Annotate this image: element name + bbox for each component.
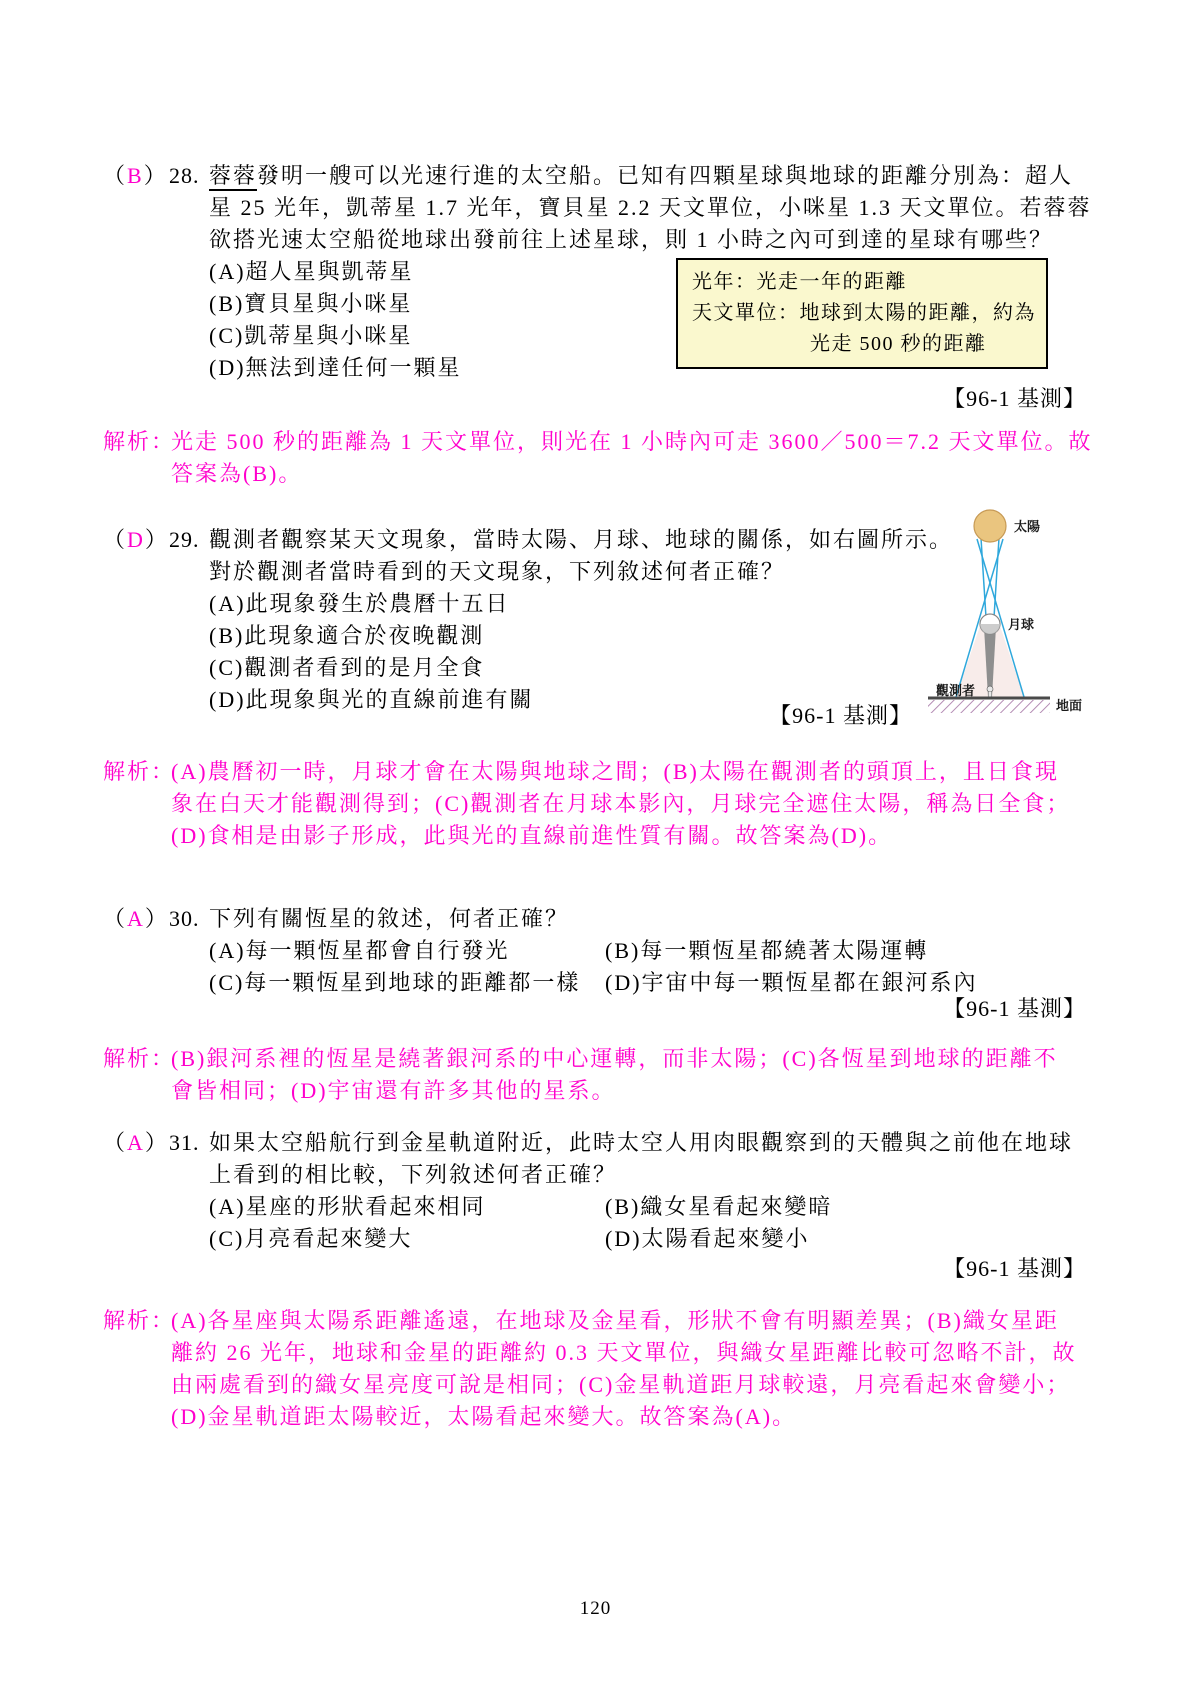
answer-mark-29: （D） [103, 524, 169, 556]
question-28-line-2: 星 25 光年，凱蒂星 1.7 光年，寶貝星 2.2 天文單位，小咪星 1.3 … [209, 192, 1103, 224]
exam-page: （B） 28. 蓉蓉發明一艘可以光速行進的太空船。已知有四顆星球與地球的距離分別… [0, 0, 1191, 1684]
source-tag-28: 【96-1 基測】 [943, 383, 1086, 415]
sun-icon [974, 510, 1006, 542]
underlined-name: 蓉蓉 [209, 163, 257, 191]
question-31: （A） 31. 如果太空船航行到金星軌道附近，此時太空人用肉眼觀察到的天體與之前… [103, 1127, 1103, 1255]
definition-note-box: 光年：光走一年的距離 天文單位：地球到太陽的距離，約為 光走 500 秒的距離 [676, 258, 1048, 369]
analysis-31-line-3: 由兩處看到的織女星亮度可說是相同；(C)金星軌道距月球較遠，月亮看起來會變小； [171, 1369, 1103, 1401]
answer-mark-31: （A） [103, 1127, 169, 1159]
ground-hatch [928, 700, 1050, 713]
question-31-option-d: (D)太陽看起來變小 [605, 1223, 1103, 1255]
analysis-label-29: 解析： [103, 756, 171, 788]
analysis-28: 解析： 光走 500 秒的距離為 1 天文單位，則光在 1 小時內可走 3600… [103, 426, 1103, 490]
question-29-option-c: (C)觀測者看到的是月全食 [209, 652, 903, 684]
analysis-31-line-4: (D)金星軌道距太陽較近，太陽看起來變大。故答案為(A)。 [171, 1401, 1103, 1433]
analysis-31-line-1: (A)各星座與太陽系距離遙遠，在地球及金星看，形狀不會有明顯差異；(B)織女星距 [171, 1305, 1059, 1337]
analysis-31: 解析： (A)各星座與太陽系距離遙遠，在地球及金星看，形狀不會有明顯差異；(B)… [103, 1305, 1103, 1433]
answer-letter-30: A [127, 906, 145, 931]
question-number-29: 29. [169, 524, 209, 556]
question-30-option-b: (B)每一顆恆星都繞著太陽運轉 [605, 935, 1103, 967]
question-31-line-2: 上看到的相比較，下列敘述何者正確？ [209, 1159, 1103, 1191]
analysis-29-line-2: 象在白天才能觀測得到；(C)觀測者在月球本影內，月球完全遮住太陽，稱為日全食； [171, 788, 1103, 820]
question-29-option-a: (A)此現象發生於農曆十五日 [209, 588, 903, 620]
analysis-29-line-1: (A)農曆初一時，月球才會在太陽與地球之間；(B)太陽在觀測者的頭頂上，且日食現 [171, 756, 1059, 788]
question-number-28: 28. [169, 160, 209, 192]
question-31-option-a: (A)星座的形狀看起來相同 [209, 1191, 605, 1223]
analysis-29: 解析： (A)農曆初一時，月球才會在太陽與地球之間；(B)太陽在觀測者的頭頂上，… [103, 756, 1103, 852]
question-28-line-1: 蓉蓉發明一艘可以光速行進的太空船。已知有四顆星球與地球的距離分別為：超人 [209, 160, 1073, 192]
answer-letter-28: B [127, 163, 144, 188]
paren-close: ） [145, 527, 169, 552]
solar-eclipse-diagram: 太陽 月球 觀測者 地面 [896, 500, 1096, 715]
analysis-29-line-3: (D)食相是由影子形成，此與光的直線前進性質有關。故答案為(D)。 [171, 820, 1103, 852]
answer-letter-31: A [127, 1130, 145, 1155]
question-number-31: 31. [169, 1127, 209, 1159]
question-30: （A） 30. 下列有關恆星的敘述，何者正確？ (A)每一顆恆星都會自行發光 (… [103, 903, 1103, 999]
answer-letter-29: D [127, 527, 145, 552]
note-line-3: 光走 500 秒的距離 [810, 329, 1040, 360]
note-line-2: 天文單位：地球到太陽的距離，約為 [692, 298, 1040, 329]
question-30-option-c: (C)每一顆恆星到地球的距離都一樣 [209, 967, 605, 999]
paren-close: ） [144, 163, 168, 188]
question-31-option-b: (B)織女星看起來變暗 [605, 1191, 1103, 1223]
analysis-30: 解析： (B)銀河系裡的恆星是繞著銀河系的中心運轉，而非太陽；(C)各恆星到地球… [103, 1043, 1103, 1107]
question-31-line-1: 如果太空船航行到金星軌道附近，此時太空人用肉眼觀察到的天體與之前他在地球 [209, 1127, 1073, 1159]
analysis-28-line-1: 光走 500 秒的距離為 1 天文單位，則光在 1 小時內可走 3600／500… [171, 426, 1093, 458]
analysis-label-31: 解析： [103, 1305, 171, 1337]
analysis-label-28: 解析： [103, 426, 171, 458]
analysis-28-line-2: 答案為(B)。 [171, 458, 1103, 490]
observer-label: 觀測者 [936, 683, 975, 698]
question-number-30: 30. [169, 903, 209, 935]
note-line-1: 光年：光走一年的距離 [692, 267, 1040, 298]
source-tag-29: 【96-1 基測】 [769, 700, 912, 732]
question-29-option-b: (B)此現象適合於夜晚觀測 [209, 620, 903, 652]
ground-label: 地面 [1056, 698, 1082, 713]
paren-open: （ [103, 1130, 127, 1155]
question-29-line-2: 對於觀測者當時看到的天文現象，下列敘述何者正確？ [209, 556, 903, 588]
question-30-line-1: 下列有關恆星的敘述，何者正確？ [209, 903, 569, 935]
question-30-option-a: (A)每一顆恆星都會自行發光 [209, 935, 605, 967]
analysis-30-line-2: 會皆相同；(D)宇宙還有許多其他的星系。 [171, 1075, 1103, 1107]
sun-label: 太陽 [1014, 519, 1040, 534]
question-28-line-3: 欲搭光速太空船從地球出發前往上述星球，則 1 小時之內可到達的星球有哪些？ [209, 224, 1103, 256]
paren-open: （ [103, 906, 127, 931]
moon-label: 月球 [1008, 617, 1034, 632]
analysis-31-line-2: 離約 26 光年，地球和金星的距離約 0.3 天文單位，與織女星距離比較可忽略不… [171, 1337, 1103, 1369]
question-29-line-1: 觀測者觀察某天文現象，當時太陽、月球、地球的關係，如右圖所示。 [209, 524, 953, 556]
paren-close: ） [145, 906, 169, 931]
question-31-option-c: (C)月亮看起來變大 [209, 1223, 605, 1255]
analysis-30-line-1: (B)銀河系裡的恆星是繞著銀河系的中心運轉，而非太陽；(C)各恆星到地球的距離不 [171, 1043, 1058, 1075]
paren-open: （ [103, 163, 127, 188]
answer-mark-30: （A） [103, 903, 169, 935]
answer-mark-28: （B） [103, 160, 169, 192]
paren-open: （ [103, 527, 127, 552]
source-tag-31: 【96-1 基測】 [943, 1253, 1086, 1285]
analysis-label-30: 解析： [103, 1043, 171, 1075]
question-29: （D） 29. 觀測者觀察某天文現象，當時太陽、月球、地球的關係，如右圖所示。 … [103, 524, 903, 716]
page-number: 120 [0, 1593, 1191, 1625]
paren-close: ） [145, 1130, 169, 1155]
question-28-line-1-rest: 發明一艘可以光速行進的太空船。已知有四顆星球與地球的距離分別為：超人 [257, 163, 1073, 188]
source-tag-30: 【96-1 基測】 [943, 993, 1086, 1025]
